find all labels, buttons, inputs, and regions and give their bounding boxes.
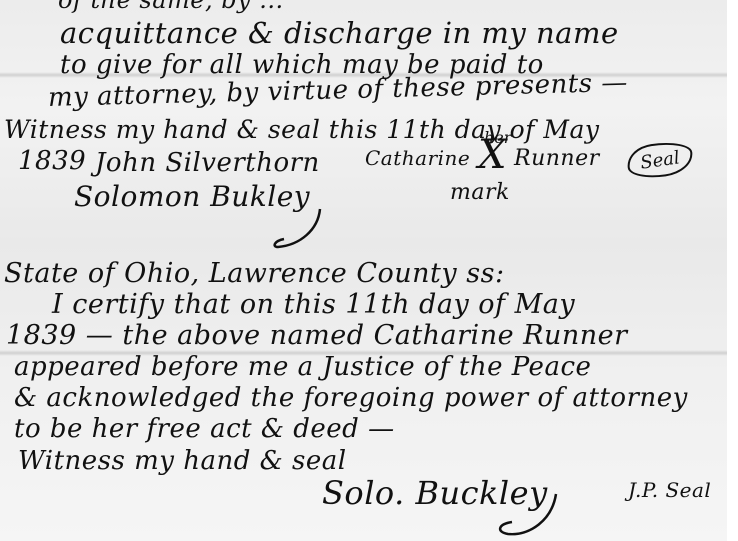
ack-line-1: 1839 — the above named Catharine Runner	[6, 320, 628, 351]
ack-line-0: I certify that on this 11th day of May	[52, 289, 575, 320]
mark-x-symbol: X	[478, 132, 506, 178]
principal-first-name: Catharine	[365, 146, 470, 170]
witness-1-signature: John Silverthorn	[95, 148, 320, 178]
principal-last-name: Runner	[514, 146, 600, 171]
venue-line: State of Ohio, Lawrence County ss:	[4, 258, 505, 289]
ack-line-2: appeared before me a Justice of the Peac…	[14, 352, 591, 382]
ack-line-4: to be her free act & deed —	[14, 414, 395, 444]
justice-title: J.P. Seal	[628, 478, 711, 502]
signature-year: 1839	[18, 146, 86, 176]
body-line-0: of the same, by ...	[58, 0, 284, 14]
signature-flourish-2	[490, 490, 570, 540]
document-page: of the same, by ... acquittance & discha…	[0, 0, 727, 541]
ack-line-5: Witness my hand & seal	[18, 446, 347, 476]
seal-label: Seal	[639, 147, 681, 173]
ack-line-3: & acknowledged the foregoing power of at…	[14, 383, 688, 413]
mark-under-label: mark	[450, 180, 510, 205]
body-line-1: acquittance & discharge in my name	[60, 16, 619, 50]
signature-flourish	[270, 205, 330, 255]
seal-box: Seal	[625, 139, 695, 182]
